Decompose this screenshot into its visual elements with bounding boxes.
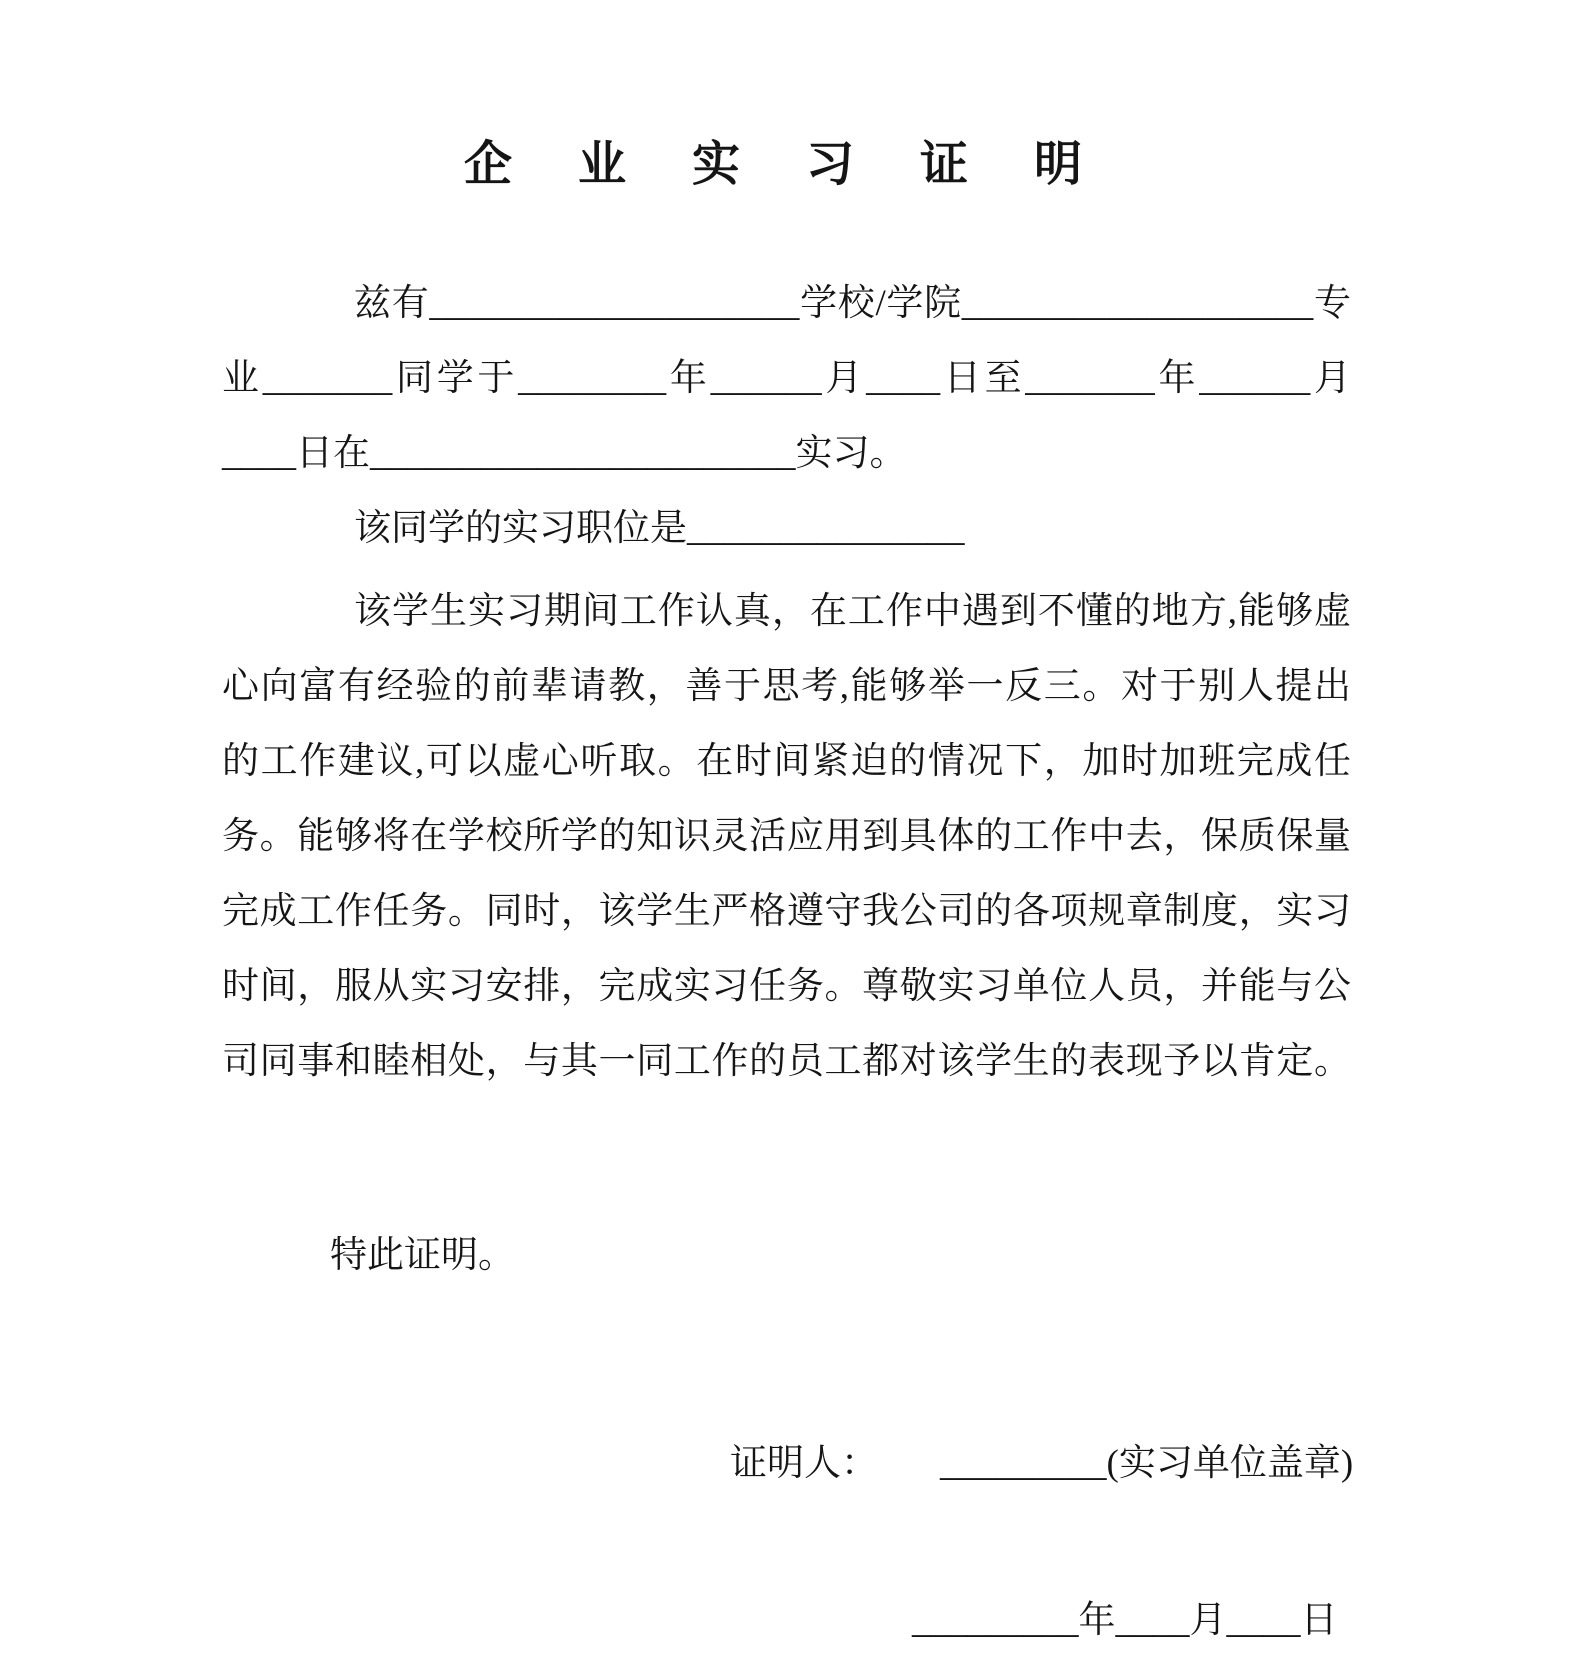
body-line: 该学生实习期间工作认真，在工作中遇到不懂的地方,能够虚 [222, 574, 1351, 649]
body-line: 心向富有经验的前辈请教，善于思考,能够举一反三。对于别人提出 [222, 649, 1351, 724]
signature-line: 证明人：_________(实习单位盖章) [222, 1426, 1351, 1501]
body-line: 务。能够将在学校所学的知识灵活应用到具体的工作中去，保质保量 [222, 799, 1351, 874]
body-line: 司同事和睦相处，与其一同工作的员工都对该学生的表现予以肯定。 [222, 1024, 1351, 1099]
body-line: 时间，服从实习安排，完成实习任务。尊敬实习单位人员，并能与公 [222, 949, 1351, 1024]
certificate-page: 企 业 实 习 证 明 兹有____________________学校/学院_… [0, 0, 1587, 1658]
certifier-label: 证明人： [730, 1443, 878, 1484]
intro-line-1: 兹有____________________学校/学院_____________… [222, 266, 1351, 341]
body-line: 的工作建议,可以虚心听取。在时间紧迫的情况下，加时加班完成任 [222, 724, 1351, 799]
intro-line-2: 业_______同学于________年______月____日至_______… [222, 341, 1351, 416]
document-title: 企 业 实 习 证 明 [222, 0, 1351, 200]
position-line: 该同学的实习职位是_______________ [222, 491, 1351, 566]
certifier-blank: _________ [940, 1443, 1107, 1484]
stamp-note: (实习单位盖章) [1107, 1443, 1354, 1484]
body-paragraph: 该学生实习期间工作认真，在工作中遇到不懂的地方,能够虚 心向富有经验的前辈请教，… [222, 574, 1351, 1099]
intro-line-3: ____日在_______________________实习。 [222, 416, 1351, 491]
body-line: 完成工作任务。同时，该学生严格遵守我公司的各项规章制度，实习 [222, 874, 1351, 949]
closing-statement: 特此证明。 [222, 1218, 1351, 1293]
date-line: _________年____月____日 [222, 1583, 1351, 1658]
